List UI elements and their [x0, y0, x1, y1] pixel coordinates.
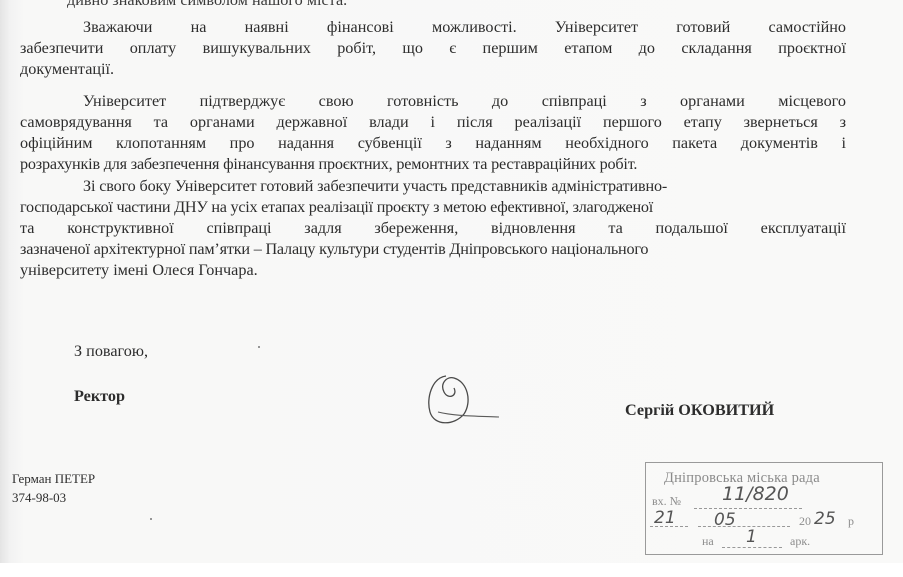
paragraph-2-line-4: розрахунків для забезпечення фінансуванн…: [20, 154, 637, 174]
paragraph-2-line-3: офіційним клопотанням про надання субвен…: [20, 133, 846, 153]
stamp-month-rule: [698, 526, 790, 527]
paragraph-1-line-1: Зважаючи на наявні фінансові можливості.…: [83, 17, 846, 37]
cut-off-line: дивно знаковим символом нашого міста.: [67, 0, 347, 10]
scan-speck: [258, 346, 260, 348]
stamp-pages-count: 1: [746, 527, 757, 547]
paragraph-3-line-1: Зі свого боку Університет готовий забезп…: [83, 176, 667, 196]
stamp-day-rule: [650, 526, 688, 527]
paragraph-2-line-1: Університет підтверджує свою готовність …: [83, 91, 846, 111]
stamp-day: 21: [654, 508, 676, 528]
registration-stamp: Дніпровська міська рада вх. № 11/820 21 …: [645, 462, 883, 555]
paragraph-2-line-2: самоврядування та органами державної вла…: [20, 112, 846, 132]
paragraph-3-line-5: університету імені Олеся Гончара.: [20, 260, 258, 280]
stamp-pages-unit: арк.: [790, 534, 810, 549]
scan-speck: [818, 24, 820, 26]
executor-phone: 374-98-03: [12, 488, 66, 508]
closing-salutation: З повагою,: [74, 341, 148, 361]
paragraph-3-line-2: господарської частини ДНУ на усіх етапах…: [20, 197, 653, 217]
scan-speck: [150, 518, 152, 520]
stamp-number-rule: [694, 508, 802, 509]
paragraph-3-line-3: та конструктивної співпраці задля збереж…: [20, 218, 846, 238]
stamp-incoming-label: вх. №: [652, 494, 681, 509]
stamp-year-suffix: 25: [814, 509, 836, 529]
stamp-year-prefix: 20: [799, 514, 811, 529]
paragraph-3-line-4: зазначеної архітектурної пам’ятки – Пала…: [20, 239, 648, 259]
scanned-letter-page: дивно знаковим символом нашого міста. Зв…: [0, 0, 903, 563]
stamp-pages-rule: [722, 547, 782, 548]
handwritten-signature: [424, 372, 534, 432]
executor-name: Герман ПЕТЕР: [12, 469, 95, 489]
stamp-incoming-number: 11/820: [722, 483, 789, 505]
signatory-name: Сергій ОКОВИТИЙ: [625, 400, 774, 420]
paragraph-1-line-2: забезпечити оплату вишукувальних робіт, …: [20, 38, 846, 58]
paragraph-1-line-3: документації.: [20, 59, 114, 79]
signatory-title: Ректор: [74, 386, 125, 406]
stamp-month: 05: [714, 510, 736, 530]
stamp-pages-prefix: на: [702, 534, 714, 549]
stamp-year-unit: р: [848, 514, 854, 529]
